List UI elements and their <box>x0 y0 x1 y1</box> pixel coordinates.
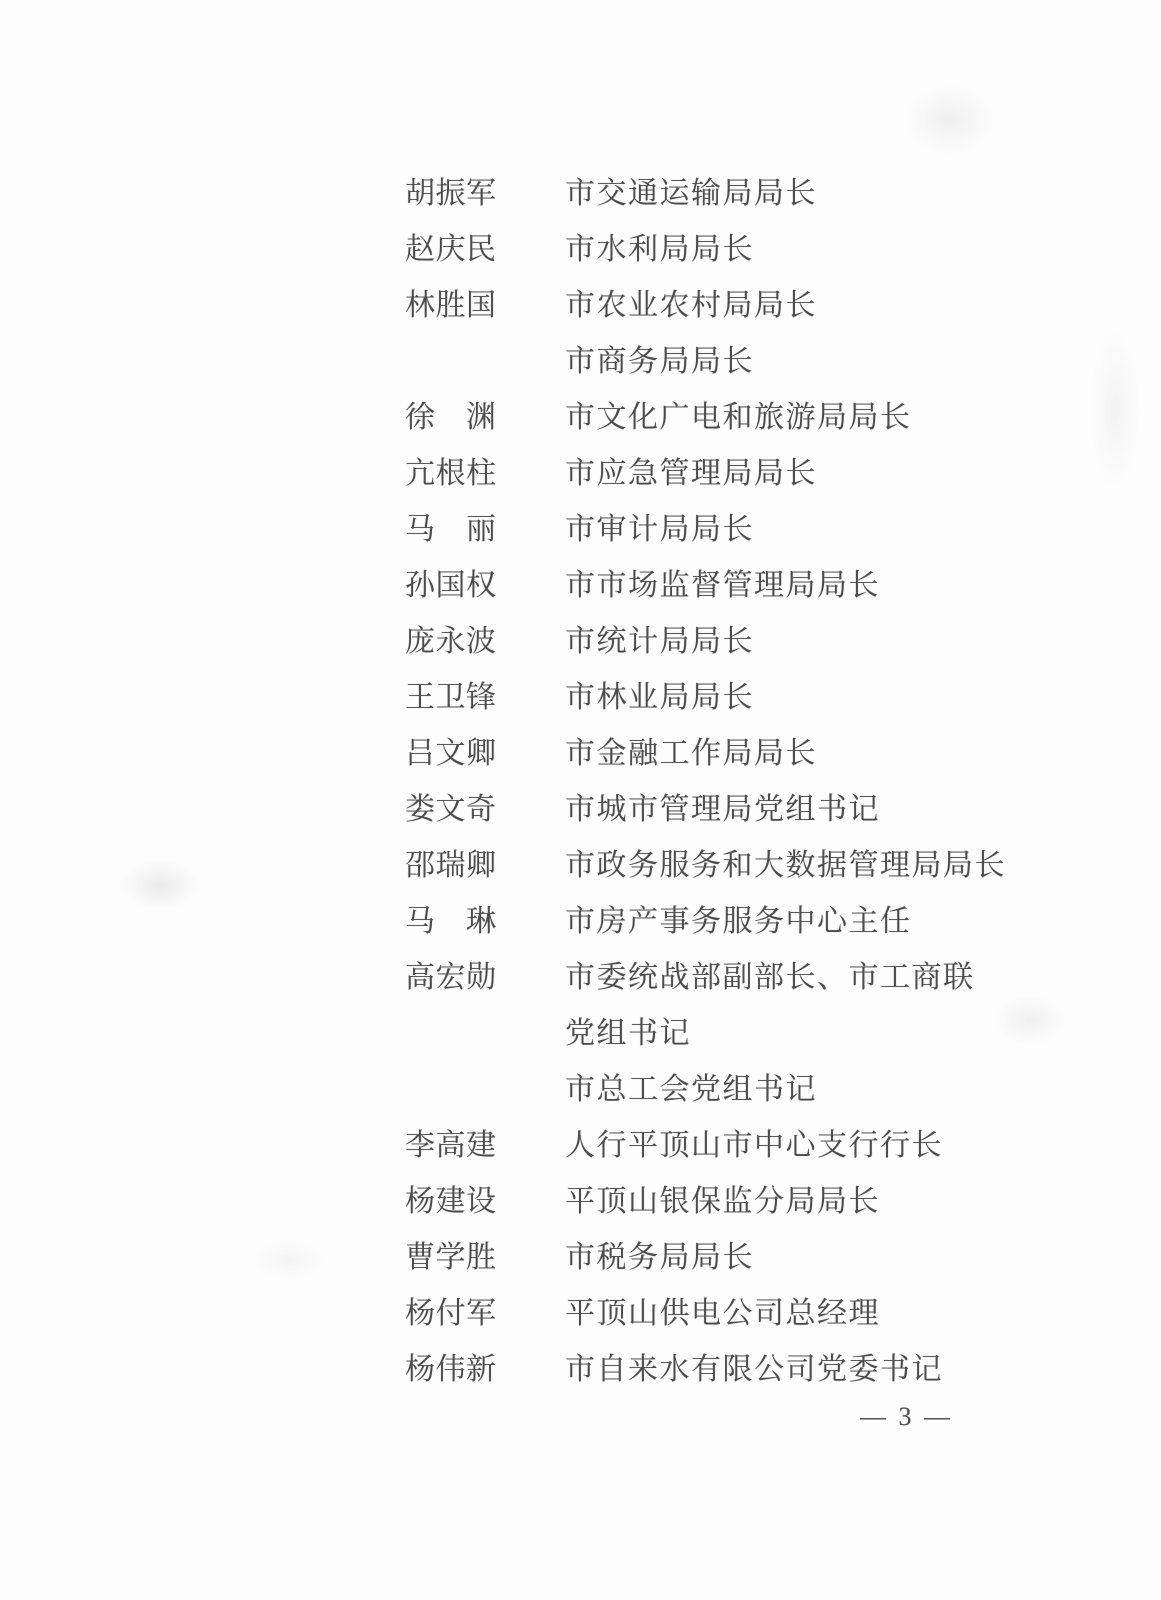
person-name: 赵庆民 <box>405 224 565 268</box>
person-title: 市应急管理局局长 <box>565 448 817 492</box>
scan-smudge <box>255 1240 325 1280</box>
person-name: 曹学胜 <box>405 1232 565 1276</box>
scan-smudge <box>120 860 200 910</box>
person-name: 吕文卿 <box>405 728 565 772</box>
person-title: 市房产事务服务中心主任 <box>565 896 912 940</box>
person-title: 市统计局局长 <box>565 616 754 660</box>
roster-row: 亢根柱 市应急管理局局长 <box>405 442 1006 498</box>
person-title: 市自来水有限公司党委书记 <box>565 1344 943 1388</box>
person-name: 马 丽 <box>405 504 565 548</box>
person-title: 市文化广电和旅游局局长 <box>565 392 912 436</box>
roster-row: 吕文卿 市金融工作局局长 <box>405 722 1006 778</box>
person-title: 市林业局局长 <box>565 672 754 716</box>
roster-row: 高宏勋 市委统战部副部长、市工商联 <box>405 946 1006 1002</box>
person-title: 市审计局局长 <box>565 504 754 548</box>
roster: 胡振军 市交通运输局局长 赵庆民 市水利局局长 林胜国 市农业农村局局长 市商务… <box>405 162 1006 1394</box>
person-title: 市农业农村局局长 <box>565 280 817 324</box>
roster-row: 马 丽 市审计局局长 <box>405 498 1006 554</box>
person-name: 林胜国 <box>405 280 565 324</box>
person-title: 平顶山银保监分局局长 <box>565 1176 880 1220</box>
roster-row: 党组书记 <box>405 1002 1006 1058</box>
person-title: 市城市管理局党组书记 <box>565 784 880 828</box>
roster-row: 孙国权 市市场监督管理局局长 <box>405 554 1006 610</box>
roster-row: 曹学胜 市税务局局长 <box>405 1226 1006 1282</box>
roster-row: 娄文奇 市城市管理局党组书记 <box>405 778 1006 834</box>
roster-row: 马 琳 市房产事务服务中心主任 <box>405 890 1006 946</box>
scan-smudge <box>905 85 995 155</box>
person-title: 市交通运输局局长 <box>565 168 817 212</box>
person-title: 市水利局局长 <box>565 224 754 268</box>
person-name: 亢根柱 <box>405 448 565 492</box>
person-name: 高宏勋 <box>405 952 565 996</box>
roster-row: 李高建 人行平顶山市中心支行行长 <box>405 1114 1006 1170</box>
person-title: 人行平顶山市中心支行行长 <box>565 1120 943 1164</box>
roster-row: 徐 渊 市文化广电和旅游局局长 <box>405 386 1006 442</box>
person-name: 王卫锋 <box>405 672 565 716</box>
person-title: 市总工会党组书记 <box>565 1064 817 1108</box>
person-name: 杨伟新 <box>405 1344 565 1388</box>
roster-row: 王卫锋 市林业局局长 <box>405 666 1006 722</box>
person-title: 平顶山供电公司总经理 <box>565 1288 880 1332</box>
person-name: 杨付军 <box>405 1288 565 1332</box>
roster-row: 杨付军 平顶山供电公司总经理 <box>405 1282 1006 1338</box>
person-name: 李高建 <box>405 1120 565 1164</box>
person-name: 徐 渊 <box>405 392 565 436</box>
person-name: 孙国权 <box>405 560 565 604</box>
person-title: 市税务局局长 <box>565 1232 754 1276</box>
roster-row: 邵瑞卿 市政务服务和大数据管理局局长 <box>405 834 1006 890</box>
roster-row: 市商务局局长 <box>405 330 1006 386</box>
person-title: 市政务服务和大数据管理局局长 <box>565 840 1006 884</box>
person-name: 庞永波 <box>405 616 565 660</box>
scan-smudge <box>1090 330 1140 490</box>
roster-row: 庞永波 市统计局局长 <box>405 610 1006 666</box>
person-title: 市委统战部副部长、市工商联 <box>565 952 975 996</box>
roster-row: 林胜国 市农业农村局局长 <box>405 274 1006 330</box>
page-number: — 3 — <box>860 1402 953 1432</box>
person-name: 杨建设 <box>405 1176 565 1220</box>
document-page: 胡振军 市交通运输局局长 赵庆民 市水利局局长 林胜国 市农业农村局局长 市商务… <box>0 0 1161 1600</box>
person-name: 马 琳 <box>405 896 565 940</box>
roster-row: 赵庆民 市水利局局长 <box>405 218 1006 274</box>
person-name: 胡振军 <box>405 168 565 212</box>
person-title: 市金融工作局局长 <box>565 728 817 772</box>
roster-row: 杨伟新 市自来水有限公司党委书记 <box>405 1338 1006 1394</box>
person-title: 市市场监督管理局局长 <box>565 560 880 604</box>
roster-row: 胡振军 市交通运输局局长 <box>405 162 1006 218</box>
roster-row: 市总工会党组书记 <box>405 1058 1006 1114</box>
person-title: 市商务局局长 <box>565 336 754 380</box>
person-name: 邵瑞卿 <box>405 840 565 884</box>
roster-row: 杨建设 平顶山银保监分局局长 <box>405 1170 1006 1226</box>
person-title: 党组书记 <box>565 1008 691 1052</box>
person-name: 娄文奇 <box>405 784 565 828</box>
